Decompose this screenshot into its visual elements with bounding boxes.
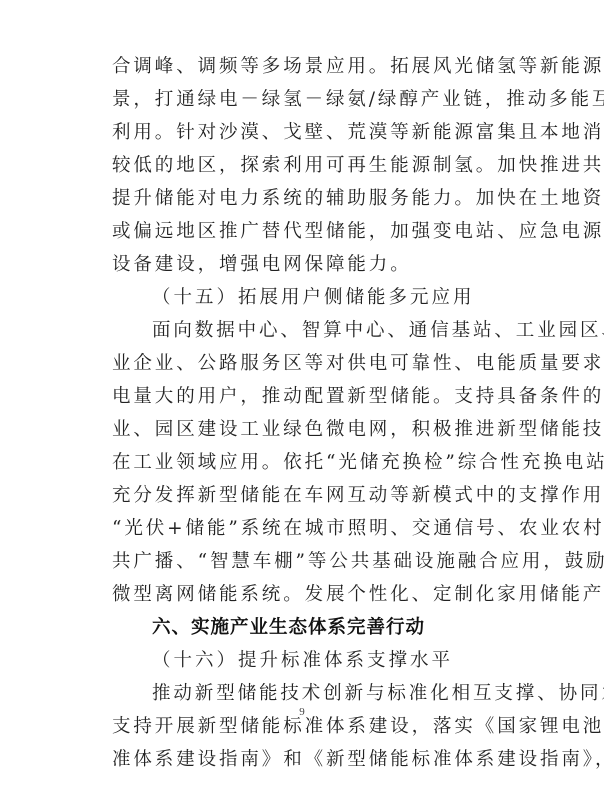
page-number: 9: [0, 706, 604, 718]
paragraph-line: “光伏+储能”系统在城市照明、交通信号、农业农村、公: [112, 512, 500, 545]
paragraph-line: 在工业领域应用。依托“光储充换检”综合性充换电站建设，: [112, 446, 500, 479]
paragraph-line: 业企业、公路服务区等对供电可靠性、电能质量要求高和用: [112, 347, 500, 380]
paragraph-line: 充分发挥新型储能在车网互动等新模式中的支撑作用。推动: [112, 479, 500, 512]
paragraph-line: 合调峰、调频等多场景应用。拓展风光储氢等新能源应用场: [112, 50, 500, 83]
paragraph-line: 电量大的用户，推动配置新型储能。支持具备条件的工业企: [112, 380, 500, 413]
paragraph-line: 业、园区建设工业绿色微电网，积极推进新型储能技术产品: [112, 413, 500, 446]
section-heading-6: 六、实施产业生态体系完善行动: [112, 611, 500, 644]
document-page: 合调峰、调频等多场景应用。拓展风光储氢等新能源应用场 景，打通绿电－绿氢－绿氨/…: [0, 0, 604, 801]
paragraph-line: 面向数据中心、智算中心、通信基站、工业园区、工商: [112, 314, 500, 347]
paragraph-line: 微型离网储能系统。发展个性化、定制化家用储能产品。: [112, 578, 500, 611]
paragraph-line: 提升储能对电力系统的辅助服务能力。加快在土地资源紧张: [112, 182, 500, 215]
subsection-heading-15: （十五）拓展用户侧储能多元应用: [112, 281, 500, 314]
subsection-heading-16: （十六）提升标准体系支撑水平: [112, 644, 500, 677]
document-body: 合调峰、调频等多场景应用。拓展风光储氢等新能源应用场 景，打通绿电－绿氢－绿氨/…: [112, 50, 500, 776]
paragraph-line: 准体系建设指南》和《新型储能标准体系建设指南》，加强: [112, 743, 500, 776]
paragraph-line: 共广播、“智慧车棚”等公共基础设施融合应用，鼓励构建: [112, 545, 500, 578]
paragraph-line: 较低的地区，探索利用可再生能源制氢。加快推进共享储能，: [112, 149, 500, 182]
paragraph-line: 景，打通绿电－绿氢－绿氨/绿醇产业链，推动多能互补高效: [112, 83, 500, 116]
paragraph-line: 利用。针对沙漠、戈壁、荒漠等新能源富集且本地消纳能力: [112, 116, 500, 149]
paragraph-line: 或偏远地区推广替代型储能，加强变电站、应急电源等设施: [112, 215, 500, 248]
paragraph-line: 设备建设，增强电网保障能力。: [112, 248, 500, 281]
